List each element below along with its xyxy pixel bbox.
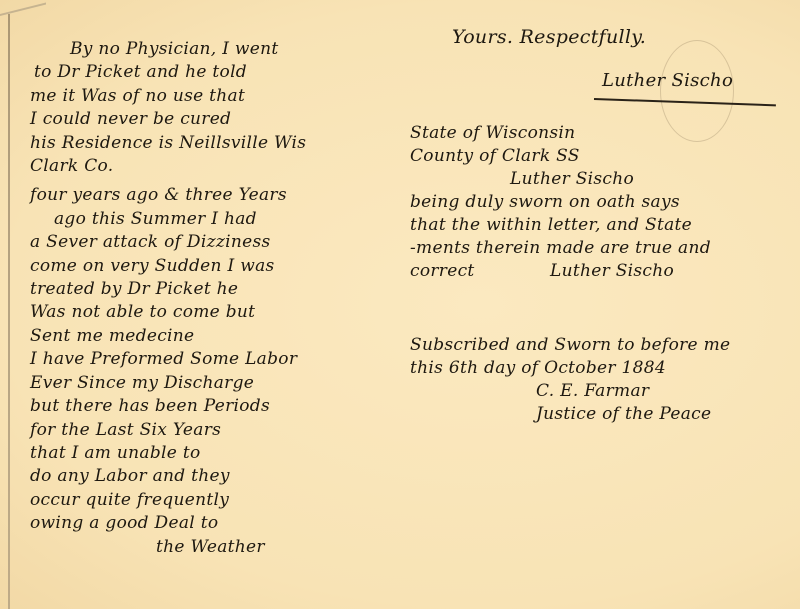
closing-salutation: Yours. Respectfully. — [452, 26, 646, 48]
letter-line: occur quite frequently — [30, 489, 306, 512]
letter-line: treated by Dr Picket he — [30, 278, 306, 301]
affidavit-line: County of Clark SS — [410, 145, 711, 168]
letter-line: Clark Co. — [30, 155, 306, 178]
letter-line: to Dr Picket and he told — [30, 61, 306, 84]
letter-line: four years ago & three Years — [30, 184, 306, 207]
affidavit-line: -ments therein made are true and — [410, 237, 711, 260]
letter-line: owing a good Deal to — [30, 512, 306, 535]
letter-line: come on very Sudden I was — [30, 255, 306, 278]
letter-signature: Luther Sischo — [602, 70, 733, 91]
letter-line: Sent me medecine — [30, 325, 306, 348]
letter-line: Was not able to come but — [30, 301, 306, 324]
affidavit-line: being duly sworn on oath says — [410, 191, 711, 214]
page-corner-fold — [0, 0, 46, 16]
letter-line: I could never be cured — [30, 108, 306, 131]
affidavit-line: that the within letter, and State — [410, 214, 711, 237]
letter-line: that I am unable to — [30, 442, 306, 465]
jurat-signature: C. E. Farmar — [410, 380, 730, 403]
letter-line: me it Was of no use that — [30, 85, 306, 108]
affidavit-line: Luther Sischo — [410, 168, 711, 191]
margin-rule — [8, 14, 10, 609]
letter-line: but there has been Periods — [30, 395, 306, 418]
jurat-title: Justice of the Peace — [410, 403, 730, 426]
letter-line: for the Last Six Years — [30, 419, 306, 442]
document-page: By no Physician, I went to Dr Picket and… — [0, 0, 800, 609]
letter-body: By no Physician, I went to Dr Picket and… — [30, 38, 306, 559]
letter-line: the Weather — [30, 536, 306, 559]
jurat-block: Subscribed and Sworn to before me this 6… — [410, 334, 730, 426]
letter-line: Ever Since my Discharge — [30, 372, 306, 395]
jurat-line: this 6th day of October 1884 — [410, 357, 730, 380]
affidavit-block: State of Wisconsin County of Clark SS Lu… — [410, 122, 711, 283]
letter-line: do any Labor and they — [30, 465, 306, 488]
letter-line: I have Preformed Some Labor — [30, 348, 306, 371]
jurat-line: Subscribed and Sworn to before me — [410, 334, 730, 357]
affidavit-line: State of Wisconsin — [410, 122, 711, 145]
letter-line: his Residence is Neillsville Wis — [30, 132, 306, 155]
letter-line: By no Physician, I went — [30, 38, 306, 61]
letter-line: a Sever attack of Dizziness — [30, 231, 306, 254]
letter-line: ago this Summer I had — [30, 208, 306, 231]
